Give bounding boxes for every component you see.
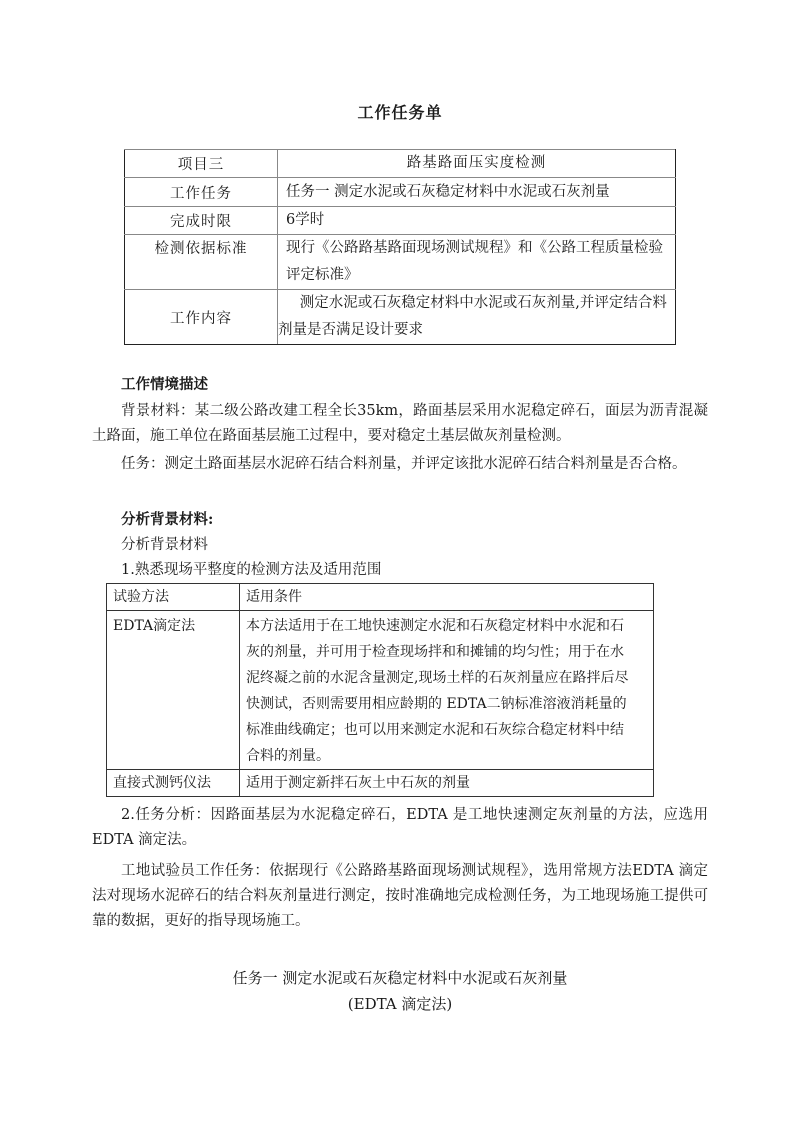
table-row: 检测依据标准 现行《公路路基路面现场测试规程》和《公路工程质量检验评定标准》 — [125, 235, 676, 290]
row-value: 现行《公路路基路面现场测试规程》和《公路工程质量检验评定标准》 — [278, 235, 676, 290]
methods-table: 试验方法 适用条件 EDTA滴定法 本方法适用于在工地快速测定水泥和石灰稳定材料… — [106, 583, 654, 797]
row-label: 工作内容 — [125, 290, 278, 345]
section-title: 任务一 测定水泥或石灰稳定材料中水泥或石灰剂量 — [0, 967, 800, 988]
condition-cell: 适用于测定新拌石灰土中石灰的剂量 — [240, 770, 654, 797]
row-label: 工作任务 — [125, 178, 278, 207]
analysis-heading: 分析背景材料: — [92, 507, 708, 532]
method-cell: EDTA滴定法 — [107, 611, 240, 770]
row-label: 项目三 — [125, 150, 278, 178]
table-row: 工作内容 测定水泥或石灰稳定材料中水泥或石灰剂量,并评定结合料剂量是否满足设计要… — [125, 290, 676, 345]
column-header: 适用条件 — [240, 584, 654, 611]
analysis-item-1: 1.熟悉现场平整度的检测方法及适用范围 — [92, 558, 708, 583]
background-paragraph: 背景材料：某二级公路改建工程全长35km，路面基层采用水泥稳定碎石，面层为沥青混… — [92, 399, 708, 449]
method-cell: 直接式测钙仪法 — [107, 770, 240, 797]
row-value: 任务一 测定水泥或石灰稳定材料中水泥或石灰剂量 — [278, 178, 676, 207]
table-row: 完成时限 6学时 — [125, 207, 676, 235]
table-row: 工作任务 任务一 测定水泥或石灰稳定材料中水泥或石灰剂量 — [125, 178, 676, 207]
table-header-row: 试验方法 适用条件 — [107, 584, 654, 611]
analysis-item-2: 2.任务分析：因路面基层为水泥稳定碎石，EDTA 是工地快速测定灰剂量的方法，应… — [92, 803, 708, 853]
row-label: 检测依据标准 — [125, 235, 278, 290]
task-paragraph: 任务：测定土路面基层水泥碎石结合料剂量，并评定该批水泥碎石结合料剂量是否合格。 — [92, 452, 708, 477]
task-info-table: 项目三 路基路面压实度检测 工作任务 任务一 测定水泥或石灰稳定材料中水泥或石灰… — [124, 149, 676, 345]
row-value: 6学时 — [278, 207, 676, 235]
section-subtitle: (EDTA 滴定法) — [0, 993, 800, 1014]
row-value: 测定水泥或石灰稳定材料中水泥或石灰剂量,并评定结合料剂量是否满足设计要求 — [278, 290, 676, 345]
situation-heading: 工作情境描述 — [92, 372, 708, 397]
condition-cell: 本方法适用于在工地快速测定水泥和石灰稳定材料中水泥和石灰的剂量，并可用于检查现场… — [240, 611, 654, 770]
row-label: 完成时限 — [125, 207, 278, 235]
column-header: 试验方法 — [107, 584, 240, 611]
worker-task-paragraph: 工地试验员工作任务：依据现行《公路路基路面现场测试规程》，选用常规方法EDTA … — [92, 859, 708, 934]
table-row: 直接式测钙仪法 适用于测定新拌石灰土中石灰的剂量 — [107, 770, 654, 797]
table-row: EDTA滴定法 本方法适用于在工地快速测定水泥和石灰稳定材料中水泥和石灰的剂量，… — [107, 611, 654, 770]
row-value: 路基路面压实度检测 — [278, 150, 676, 178]
analysis-subheading: 分析背景材料 — [92, 533, 708, 558]
document-title: 工作任务单 — [0, 100, 800, 123]
table-row: 项目三 路基路面压实度检测 — [125, 150, 676, 178]
